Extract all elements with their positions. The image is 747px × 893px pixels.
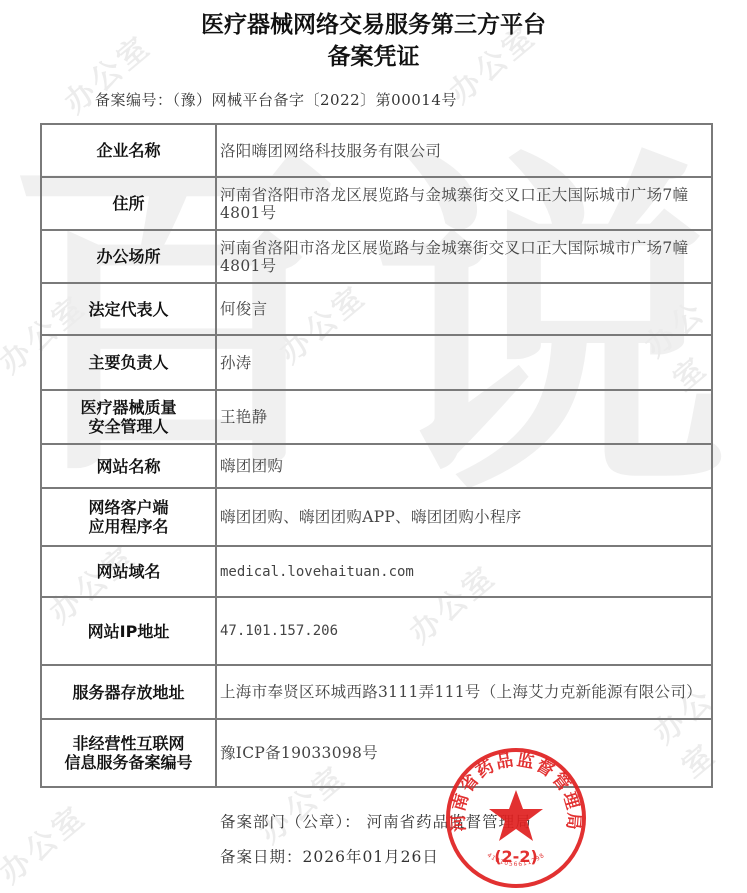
- row-value: 嗨团团购、嗨团团购APP、嗨团团购小程序: [216, 488, 712, 546]
- table-row: 非经营性互联网 信息服务备案编号 豫ICP备19033098号: [41, 719, 712, 787]
- table-row: 网站IP地址 47.101.157.206: [41, 597, 712, 665]
- table-row: 网络客户端 应用程序名 嗨团团购、嗨团团购APP、嗨团团购小程序: [41, 488, 712, 546]
- table-row: 服务器存放地址 上海市奉贤区环城西路3111弄111号（上海艾力克新能源有限公司…: [41, 665, 712, 719]
- official-seal-icon: 河南省药品监督管理局 (2-2) 4101056611298: [444, 746, 588, 890]
- row-label: 网络客户端 应用程序名: [41, 488, 216, 546]
- row-label: 非经营性互联网 信息服务备案编号: [41, 719, 216, 787]
- row-value: 上海市奉贤区环城西路3111弄111号（上海艾力克新能源有限公司）: [216, 665, 712, 719]
- table-row: 法定代表人 何俊言: [41, 283, 712, 335]
- filing-date: 备案日期：2026年01月26日: [220, 845, 439, 867]
- table-row: 办公场所 河南省洛阳市洛龙区展览路与金城寨街交叉口正大国际城市广场7幢4801号: [41, 230, 712, 283]
- row-value: 河南省洛阳市洛龙区展览路与金城寨街交叉口正大国际城市广场7幢4801号: [216, 230, 712, 283]
- row-value: 孙涛: [216, 335, 712, 390]
- certificate-table: 企业名称 洛阳嗨团网络科技服务有限公司 住所 河南省洛阳市洛龙区展览路与金城寨街…: [40, 123, 713, 788]
- row-value: 嗨团团购: [216, 444, 712, 488]
- row-label: 法定代表人: [41, 283, 216, 335]
- registration-number: 备案编号：（豫）网械平台备字〔2022〕第00014号: [95, 89, 457, 110]
- row-label-line: 应用程序名: [42, 517, 215, 536]
- row-label-line: 网络客户端: [42, 498, 215, 517]
- table-row: 网站域名 medical.lovehaituan.com: [41, 546, 712, 597]
- row-label: 主要负责人: [41, 335, 216, 390]
- row-label-line: 信息服务备案编号: [42, 753, 215, 772]
- row-label-line: 医疗器械质量: [42, 398, 215, 417]
- table-row: 网站名称 嗨团团购: [41, 444, 712, 488]
- table-row: 企业名称 洛阳嗨团网络科技服务有限公司: [41, 124, 712, 177]
- watermark-small: 办公室: [0, 792, 94, 891]
- document-title: 医疗器械网络交易服务第三方平台: [0, 6, 747, 39]
- row-label: 网站域名: [41, 546, 216, 597]
- row-label: 医疗器械质量 安全管理人: [41, 390, 216, 444]
- document-subtitle: 备案凭证: [0, 38, 747, 71]
- table-row: 医疗器械质量 安全管理人 王艳静: [41, 390, 712, 444]
- row-label: 企业名称: [41, 124, 216, 177]
- row-label: 网站名称: [41, 444, 216, 488]
- table-row: 住所 河南省洛阳市洛龙区展览路与金城寨街交叉口正大国际城市广场7幢4801号: [41, 177, 712, 230]
- row-label: 网站IP地址: [41, 597, 216, 665]
- row-label-line: 安全管理人: [42, 417, 215, 436]
- row-value: 王艳静: [216, 390, 712, 444]
- row-label: 住所: [41, 177, 216, 230]
- row-value: 洛阳嗨团网络科技服务有限公司: [216, 124, 712, 177]
- row-label: 服务器存放地址: [41, 665, 216, 719]
- row-value: 河南省洛阳市洛龙区展览路与金城寨街交叉口正大国际城市广场7幢4801号: [216, 177, 712, 230]
- row-value: medical.lovehaituan.com: [216, 546, 712, 597]
- table-row: 主要负责人 孙涛: [41, 335, 712, 390]
- row-label-line: 非经营性互联网: [42, 734, 215, 753]
- row-value: 何俊言: [216, 283, 712, 335]
- row-label: 办公场所: [41, 230, 216, 283]
- row-value: 47.101.157.206: [216, 597, 712, 665]
